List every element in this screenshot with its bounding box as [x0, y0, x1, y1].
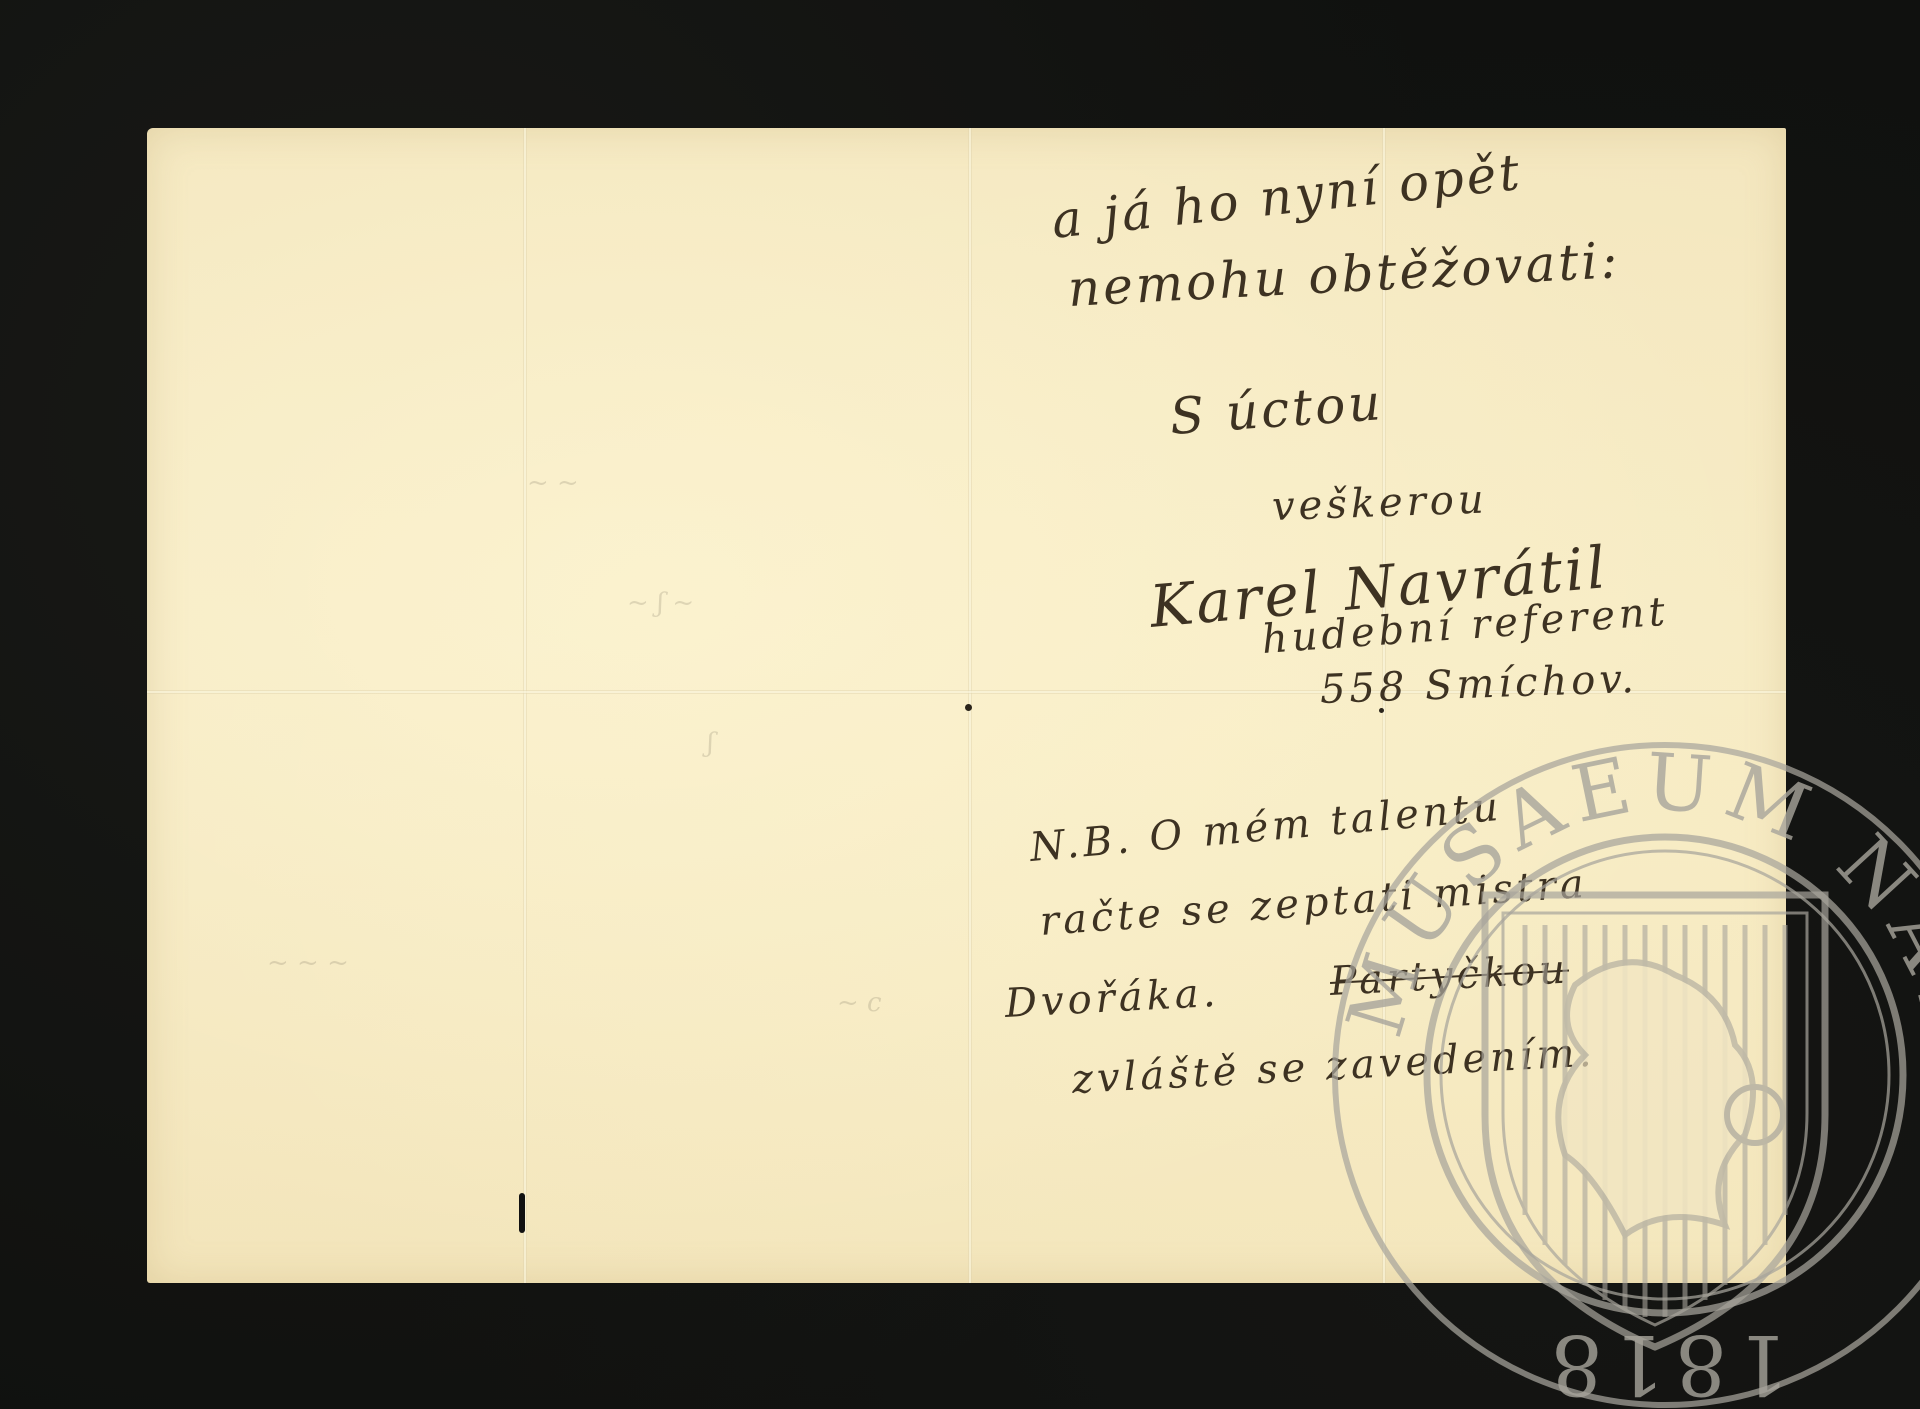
letter-closing-salutation: S úctou — [1168, 377, 1385, 442]
ink-spot — [965, 704, 972, 711]
bleed-through-text: ʃ — [707, 728, 714, 758]
letter-signer-address: 558 Smíchov. — [1319, 659, 1638, 710]
bleed-through-text: ~ ~ ~ — [267, 948, 349, 978]
letter-closing-phrase: veškerou — [1271, 479, 1488, 527]
bleed-through-text: ~ ~ — [527, 468, 579, 498]
bleed-through-text: ~ ʃ ~ — [627, 588, 694, 618]
letter-postscript-line-3: Dvořáka. — [1004, 973, 1220, 1024]
fold-crease-vertical-1 — [523, 128, 527, 1283]
bleed-through-text: ~ c — [837, 988, 882, 1018]
paper-tear — [519, 1193, 525, 1233]
letter-sheet: ~ ~ ~ ʃ ~ ʃ ~ ~ ~ ~ c — [147, 128, 1786, 1283]
letter-postscript-struck-word: Partyčkou — [1329, 950, 1570, 1002]
